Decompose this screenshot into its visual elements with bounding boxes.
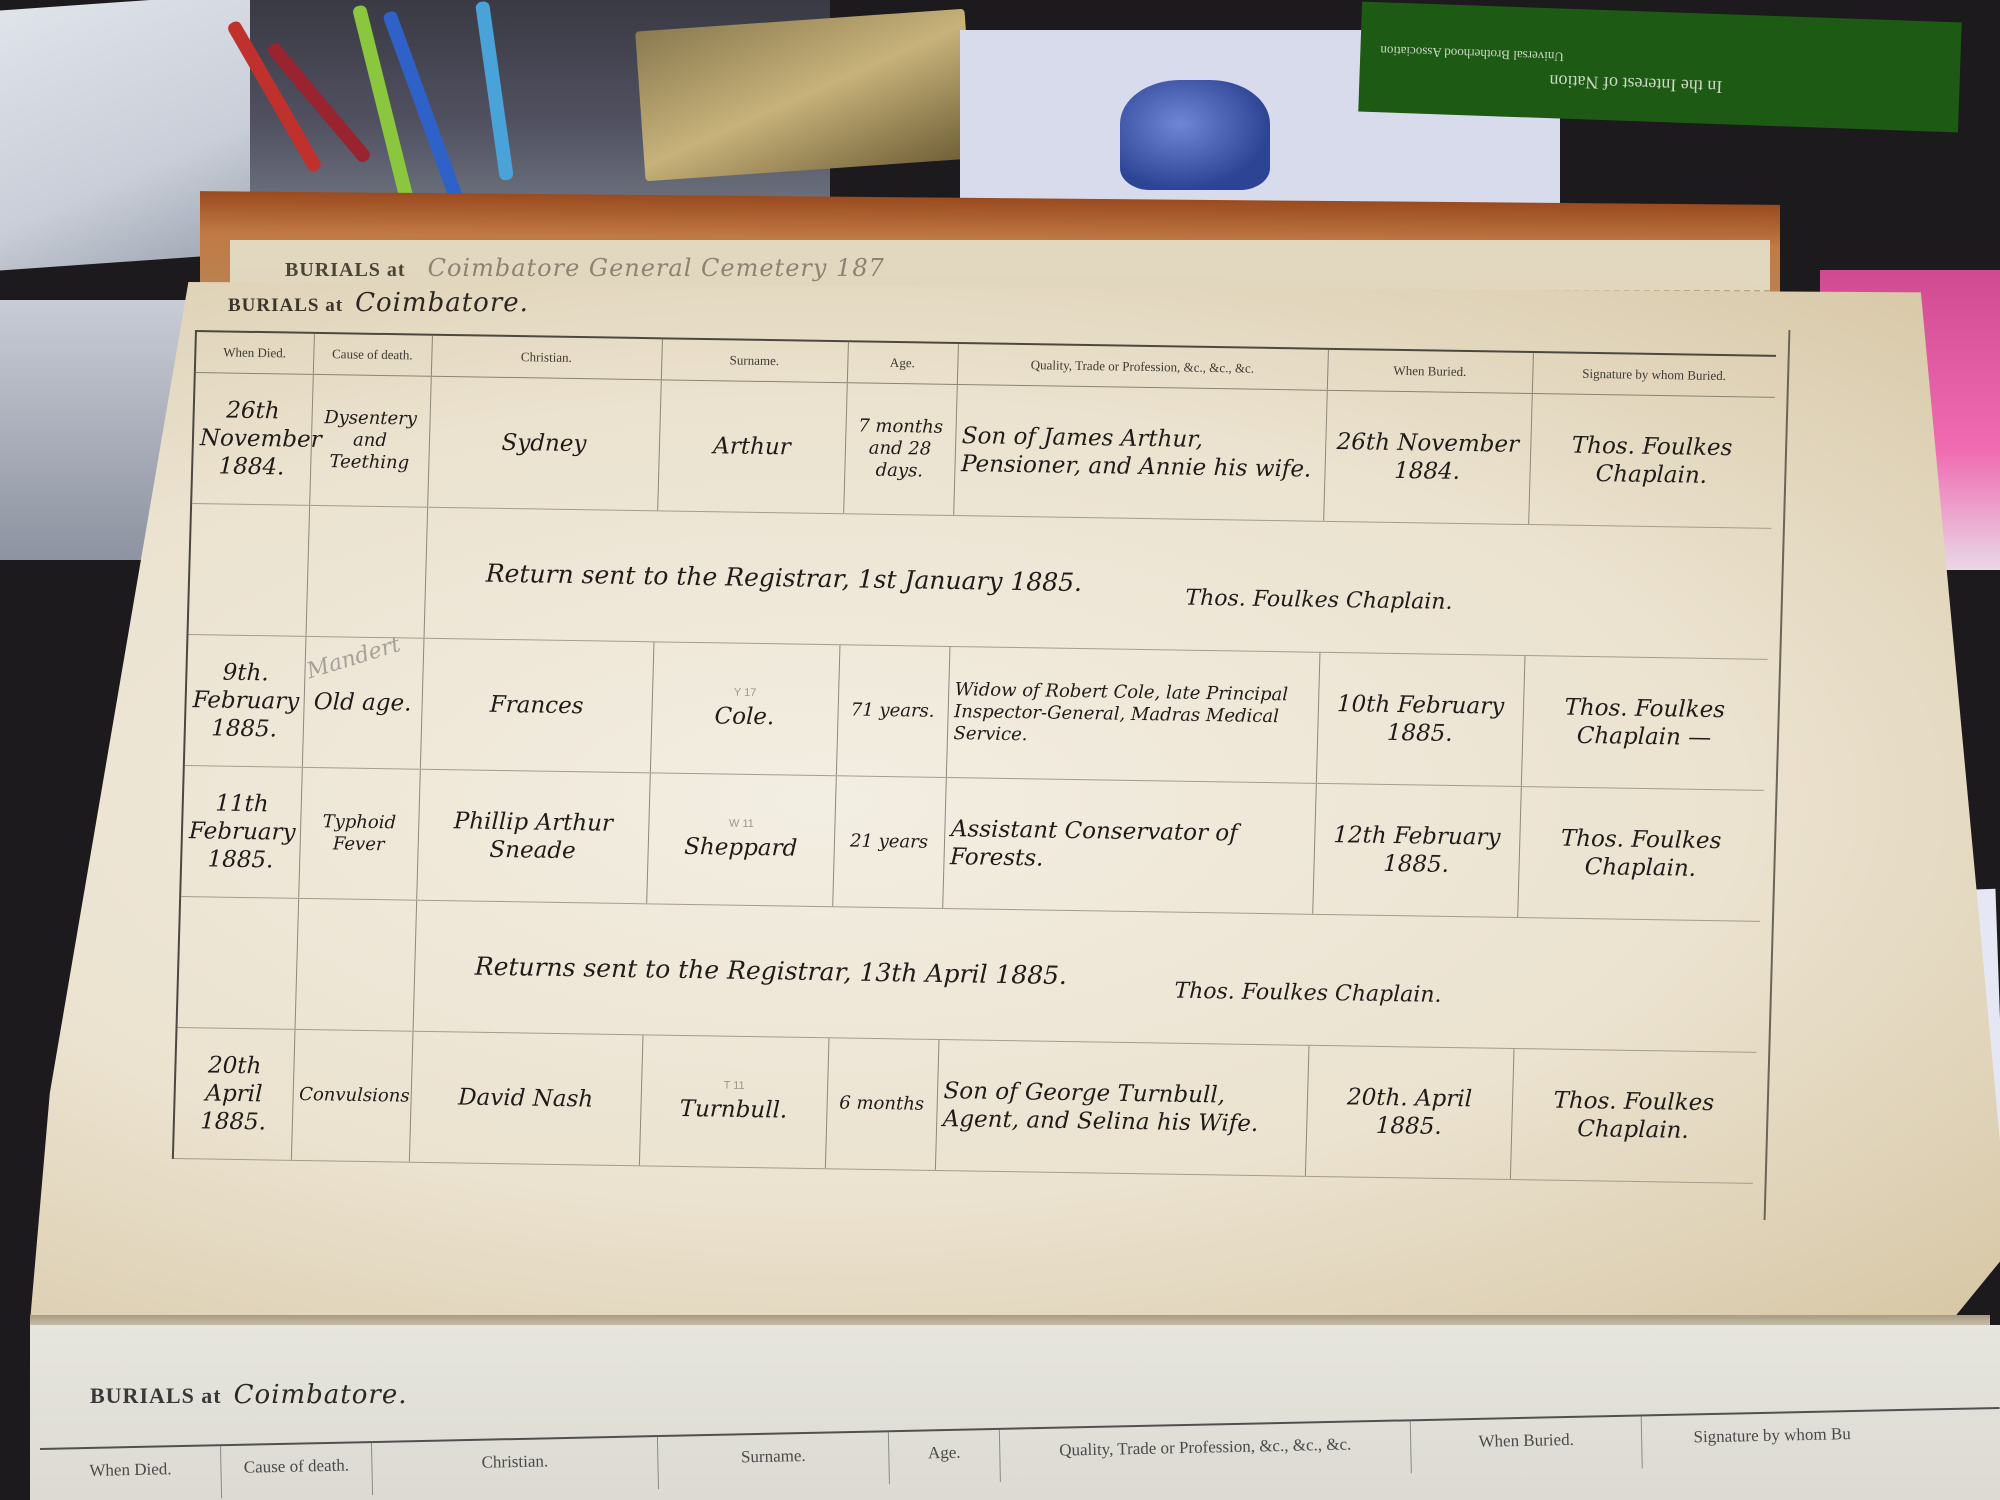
return-signature: Thos. Foulkes Chaplain. xyxy=(1185,586,1453,617)
christian-name: David Nash xyxy=(409,1031,643,1166)
col-signature: Signature by whom Buried. xyxy=(1532,352,1776,397)
place-name: Coimbatore. xyxy=(355,288,529,318)
table-row: 20th April 1885. Convulsions David Nash … xyxy=(173,1028,1757,1184)
christian-name: Frances xyxy=(420,638,654,773)
signature-title: Chaplain. xyxy=(1595,461,1707,489)
col-christian: Christian. xyxy=(371,1437,658,1495)
christian-name: Sydney xyxy=(427,376,661,511)
surname: Y 17 Cole. xyxy=(650,642,840,776)
when-buried: 10th February 1885. xyxy=(1316,652,1525,786)
col-age: Age. xyxy=(888,1430,1000,1484)
return-row: Return sent to the Registrar, 1st Januar… xyxy=(187,504,1771,660)
signature-title: Chaplain. xyxy=(1577,1116,1689,1144)
when-buried: 26th November 1884. xyxy=(1323,390,1532,524)
col-age: Age. xyxy=(847,341,958,384)
green-box-slogan: In the Interest of Nation xyxy=(1549,70,1723,97)
when-died: 11th February 1885. xyxy=(180,766,302,899)
surname: W 11 Sheppard xyxy=(646,773,836,907)
blue-stapler xyxy=(1120,80,1270,190)
signature-title: Chaplain — xyxy=(1576,723,1711,751)
quality: Son of James Arthur, Pensioner, and Anni… xyxy=(953,384,1327,521)
col-when-buried: When Buried. xyxy=(1410,1416,1642,1473)
return-note: Returns sent to the Registrar, 13th Apri… xyxy=(413,900,1761,1052)
return-text: Return sent to the Registrar, 1st Januar… xyxy=(485,558,1082,596)
col-christian: Christian. xyxy=(431,335,662,380)
cause-of-death: Mandert Old age. xyxy=(302,636,424,769)
table-row: 11th February 1885. Typhoid Fever Philli… xyxy=(180,766,1764,922)
next-page-title: BURIALS atCoimbatore. xyxy=(90,1380,407,1410)
return-text: Returns sent to the Registrar, 13th Apri… xyxy=(474,951,1067,989)
signature: Thos. Foulkes Chaplain — xyxy=(1521,656,1768,791)
return-note: Return sent to the Registrar, 1st Januar… xyxy=(423,507,1771,659)
burial-register-table: When Died. Cause of death. Christian. Su… xyxy=(170,330,1775,1245)
signature-title: Chaplain. xyxy=(1584,854,1696,882)
age: 7 months and 28 days. xyxy=(843,383,957,516)
surname: Arthur xyxy=(657,380,847,514)
signature-name: Thos. Foulkes xyxy=(1553,1088,1714,1117)
quality: Assistant Conservator of Forests. xyxy=(942,777,1316,914)
when-died: 20th April 1885. xyxy=(173,1028,295,1161)
col-surname: Surname. xyxy=(657,1432,889,1489)
age: 21 years xyxy=(832,776,946,909)
christian-name: Phillip Arthur Sneade xyxy=(416,769,650,904)
brass-nameplate xyxy=(635,9,975,182)
age: 71 years. xyxy=(836,645,950,778)
pencil-annotation: Mandert xyxy=(304,632,404,686)
col-when-died: When Died. xyxy=(40,1446,221,1500)
quality: Son of George Turnbull, Agent, and Selin… xyxy=(935,1039,1309,1176)
col-surname: Surname. xyxy=(661,338,848,382)
col-when-died: When Died. xyxy=(195,331,314,374)
pencil-plot-ref: W 11 xyxy=(655,817,828,833)
col-when-buried: When Buried. xyxy=(1327,349,1533,394)
pencil-plot-ref: T 11 xyxy=(647,1079,820,1095)
signature-name: Thos. Foulkes xyxy=(1564,695,1725,724)
return-row: Returns sent to the Registrar, 13th Apri… xyxy=(177,897,1761,1053)
signature: Thos. Foulkes Chaplain. xyxy=(1510,1049,1757,1184)
torn-page-title: BURIALS atCoimbatore General Cemetery 18… xyxy=(285,254,885,282)
table-row: 26th November 1884. Dysentery and Teethi… xyxy=(191,373,1775,529)
signature: Thos. Foulkes Chaplain. xyxy=(1517,787,1764,922)
cause-of-death: Typhoid Fever xyxy=(298,767,420,900)
green-box-org: Universal Brotherhood Association xyxy=(1380,42,1564,64)
title-prefix: BURIALS at xyxy=(228,295,343,316)
when-buried: 12th February 1885. xyxy=(1312,783,1521,917)
when-died: 26th November 1884. xyxy=(191,373,313,506)
age: 6 months xyxy=(825,1038,939,1171)
col-quality: Quality, Trade or Profession, &c., &c., … xyxy=(999,1421,1411,1482)
col-signature: Signature by whom Bu xyxy=(1641,1411,1903,1468)
page-title: BURIALS atCoimbatore. xyxy=(228,288,529,318)
pencil-plot-ref: Y 17 xyxy=(658,686,831,702)
col-quality: Quality, Trade or Profession, &c., &c., … xyxy=(957,343,1328,390)
green-box: In the Interest of Nation Universal Brot… xyxy=(1358,2,1961,133)
col-cause-of-death: Cause of death. xyxy=(313,333,432,376)
signature: Thos. Foulkes Chaplain. xyxy=(1528,394,1775,529)
signature-name: Thos. Foulkes xyxy=(1561,826,1722,855)
table-row: 9th. February 1885. Mandert Old age. Fra… xyxy=(184,635,1768,791)
return-signature: Thos. Foulkes Chaplain. xyxy=(1174,979,1442,1010)
cause-of-death: Dysentery and Teething xyxy=(309,374,431,507)
col-cause-of-death: Cause of death. xyxy=(220,1443,372,1498)
when-died: 9th. February 1885. xyxy=(184,635,306,768)
quality: Widow of Robert Cole, late Principal Ins… xyxy=(946,646,1320,783)
cause-of-death: Convulsions xyxy=(291,1029,413,1162)
when-buried: 20th. April 1885. xyxy=(1305,1045,1514,1179)
surname: T 11 Turnbull. xyxy=(639,1035,829,1169)
signature-name: Thos. Foulkes xyxy=(1572,433,1733,462)
